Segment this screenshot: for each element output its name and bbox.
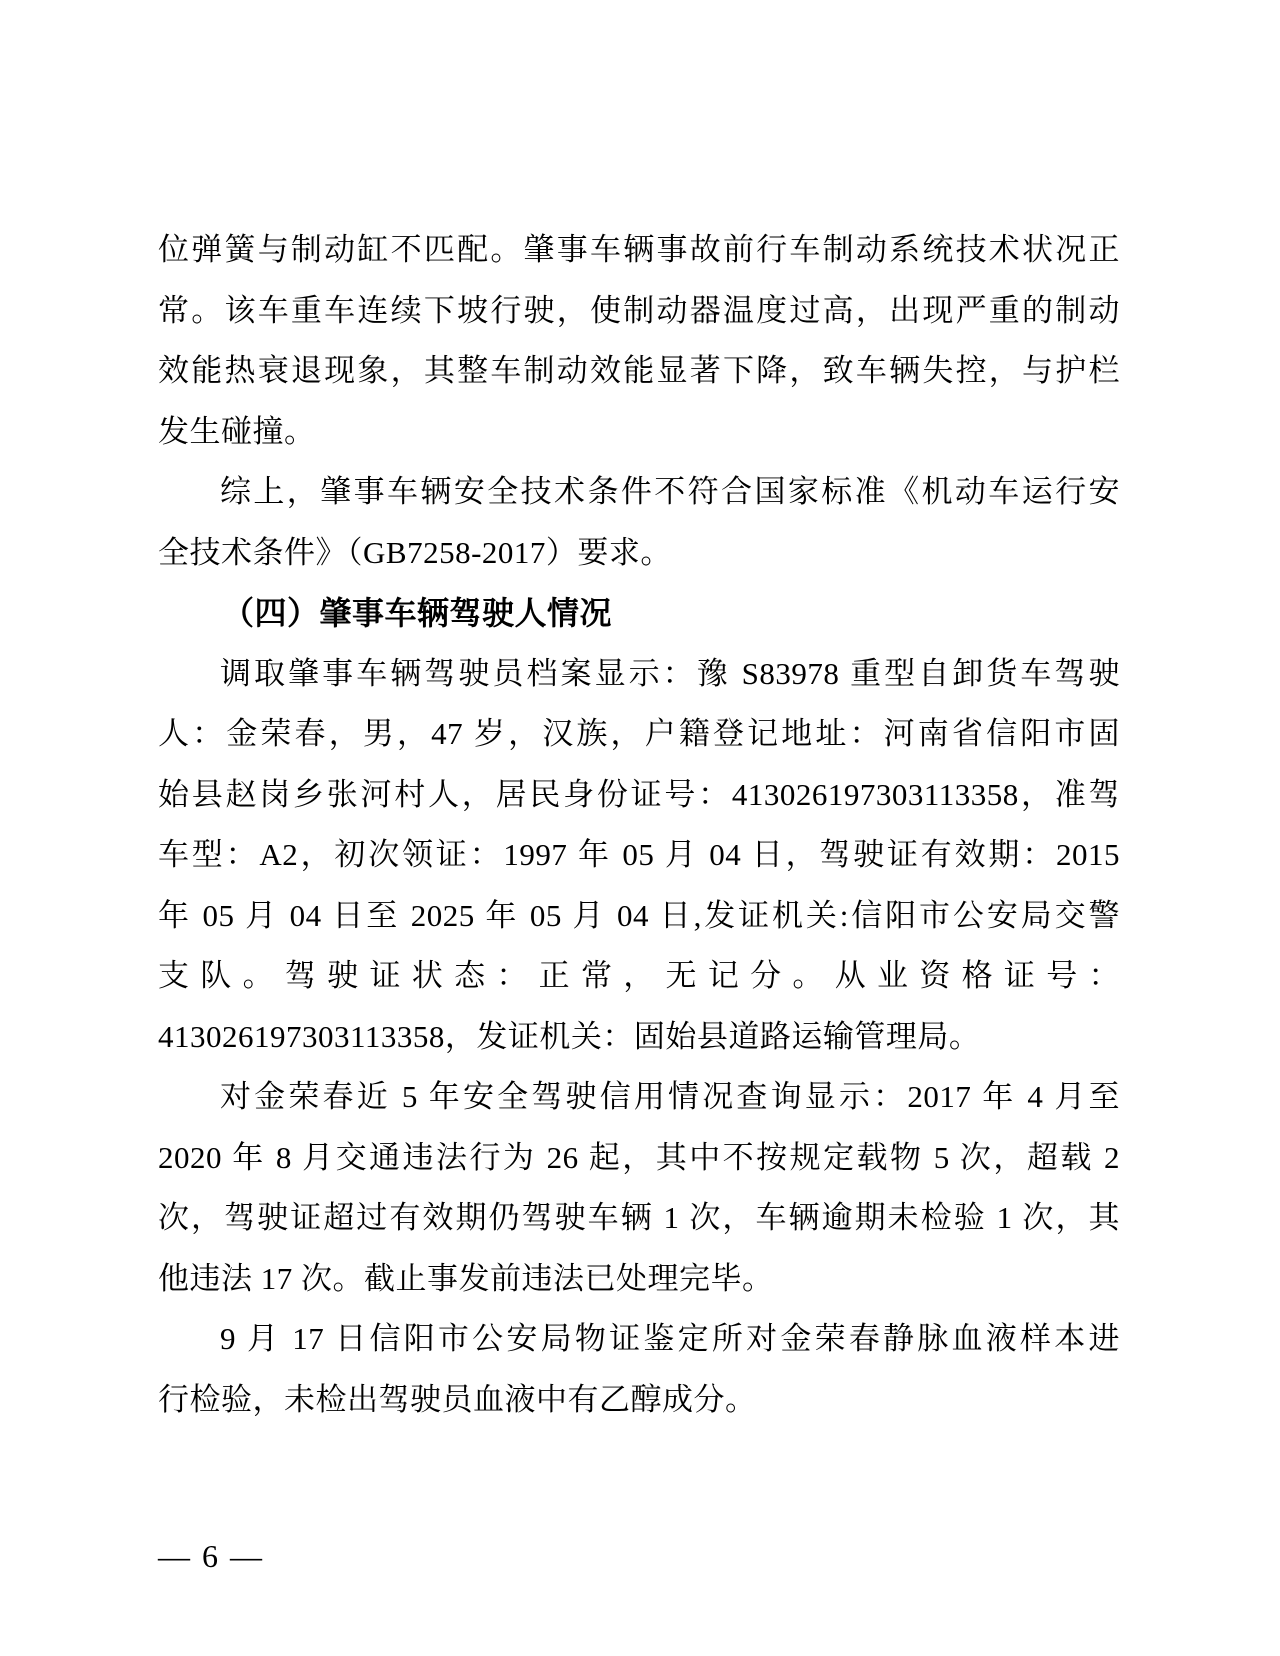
section-heading: （四）肇事车辆驾驶人情况 [158, 583, 1120, 644]
text-line: 位弹簧与制动缸不匹配。肇事车辆事故前行车制动系统技术状况正 [158, 220, 1120, 281]
page-number: — 6 — [158, 1528, 264, 1584]
text-line: 车型：A2，初次领证：1997 年 05 月 04 日，驾驶证有效期：2015 [158, 825, 1120, 886]
paragraph-violation-record: 对金荣春近 5 年安全驾驶信用情况查询显示：2017 年 4 月至 2020 年… [158, 1067, 1120, 1309]
text-line: 人：金荣春，男，47 岁，汉族，户籍登记地址：河南省信阳市固 [158, 704, 1120, 765]
text-line: 效能热衰退现象，其整车制动效能显著下降，致车辆失控，与护栏 [158, 341, 1120, 402]
text-line: 次，驾驶证超过有效期仍驾驶车辆 1 次，车辆逾期未检验 1 次，其 [158, 1188, 1120, 1249]
text-line: 始县赵岗乡张河村人，居民身份证号：413026197303113358，准驾 [158, 765, 1120, 826]
paragraph-conclusion: 综上，肇事车辆安全技术条件不符合国家标准《机动车运行安 全技术条件》（GB725… [158, 462, 1120, 583]
document-body: 位弹簧与制动缸不匹配。肇事车辆事故前行车制动系统技术状况正 常。该车重车连续下坡… [158, 220, 1120, 1430]
document-page: 位弹簧与制动缸不匹配。肇事车辆事故前行车制动系统技术状况正 常。该车重车连续下坡… [0, 0, 1280, 1656]
paragraph-brake-system-analysis: 位弹簧与制动缸不匹配。肇事车辆事故前行车制动系统技术状况正 常。该车重车连续下坡… [158, 220, 1120, 462]
text-line: 行检验，未检出驾驶员血液中有乙醇成分。 [158, 1370, 1120, 1431]
text-line: 调取肇事车辆驾驶员档案显示：豫 S83978 重型自卸货车驾驶 [158, 644, 1120, 705]
text-line: 他违法 17 次。截止事发前违法已处理完毕。 [158, 1249, 1120, 1310]
text-line: 413026197303113358，发证机关：固始县道路运输管理局。 [158, 1007, 1120, 1068]
paragraph-blood-test: 9 月 17 日信阳市公安局物证鉴定所对金荣春静脉血液样本进 行检验，未检出驾驶… [158, 1309, 1120, 1430]
text-line: 发生碰撞。 [158, 402, 1120, 463]
section-heading-driver-info: （四）肇事车辆驾驶人情况 [158, 583, 1120, 644]
text-line: 2020 年 8 月交通违法行为 26 起，其中不按规定载物 5 次，超载 2 [158, 1128, 1120, 1189]
text-line: 全技术条件》（GB7258-2017）要求。 [158, 523, 1120, 584]
text-line: 常。该车重车连续下坡行驶，使制动器温度过高，出现严重的制动 [158, 281, 1120, 342]
text-line: 9 月 17 日信阳市公安局物证鉴定所对金荣春静脉血液样本进 [158, 1309, 1120, 1370]
text-line: 综上，肇事车辆安全技术条件不符合国家标准《机动车运行安 [158, 462, 1120, 523]
text-line: 支队。驾驶证状态：正常，无记分。从业资格证号： [158, 946, 1120, 1007]
text-line: 年 05 月 04 日至 2025 年 05 月 04 日,发证机关:信阳市公安… [158, 886, 1120, 947]
paragraph-driver-file: 调取肇事车辆驾驶员档案显示：豫 S83978 重型自卸货车驾驶 人：金荣春，男，… [158, 644, 1120, 1068]
text-line: 对金荣春近 5 年安全驾驶信用情况查询显示：2017 年 4 月至 [158, 1067, 1120, 1128]
